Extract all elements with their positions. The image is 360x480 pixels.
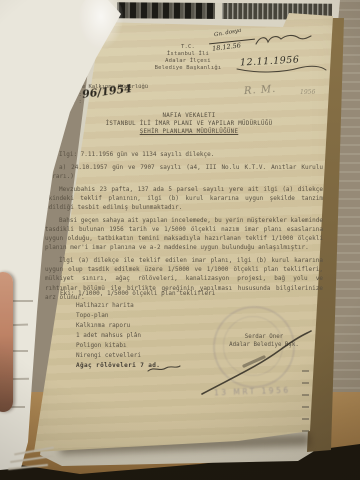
attachment-item: Halihazır harita <box>76 301 160 311</box>
body-paragraph: a) 24.10.1957 gün ve 7907 sayılı (a4, II… <box>45 163 323 181</box>
letterhead-line: Adalar İlçesi <box>128 58 248 65</box>
addressee-line-underlined: ŞEHİR PLANLAMA MÜDÜRLÜĞÜNE <box>82 128 296 136</box>
page-spine-highlight <box>78 0 124 50</box>
attachment-item: Topo-plan <box>76 311 160 321</box>
addressee-line: İSTANBUL İLİ İMAR PLANI VE YAPILAR MÜDÜR… <box>82 120 296 128</box>
attachments-list: Halihazır harita Topo-plan Kalkınma rapo… <box>76 301 160 371</box>
signatory-title: Adalar Belediye Bşk. <box>208 341 320 349</box>
attachment-item-emphasized: Ağaç rölöveleri 7 ad. <box>76 361 160 371</box>
addressee-line: NAFIA VEKÂLETİ <box>82 112 296 120</box>
attachment-item: Nirengi cetvelleri <box>76 351 160 361</box>
body-paragraph: Bahsi geçen sahaya ait yapılan incelemed… <box>45 216 323 253</box>
attachment-item: Kalkınma raporu <box>76 321 160 331</box>
letter-body: İlgi: 7.11.1956 gün ve 1134 sayılı dilek… <box>45 150 323 306</box>
fingertip <box>0 272 13 412</box>
signature-block: Serdar Öner Adalar Belediye Bşk. <box>208 333 320 349</box>
attachment-item: Poligon kitabı <box>76 341 160 351</box>
body-paragraph: Mevzubahis 23 pafta, 137 ada 5 parsel sa… <box>45 185 323 213</box>
signatory-name: Serdar Öner <box>208 333 320 341</box>
addressee-block: NAFIA VEKÂLETİ İSTANBUL İLİ İMAR PLANI V… <box>82 112 296 136</box>
film-frames-dark <box>117 2 215 19</box>
attachments-label: Eki: 1/1000, 1/5000 ölçekli plan teklifl… <box>60 290 215 297</box>
letterhead-line: Belediye Başkanlığı <box>128 65 248 72</box>
underlying-page-type-marks <box>302 370 309 434</box>
photo-of-document: T.C. İstanbul İli Adalar İlçesi Belediye… <box>0 0 360 480</box>
body-paragraph: İlgi: 7.11.1956 gün ve 1134 sayılı dilek… <box>45 150 323 159</box>
pencil-year: 1956 <box>300 89 315 96</box>
attachment-item: 1 adet mahsus plân <box>76 331 160 341</box>
pencil-initials: R. M. <box>244 84 277 97</box>
letterhead-line: İstanbul İli <box>128 51 248 58</box>
